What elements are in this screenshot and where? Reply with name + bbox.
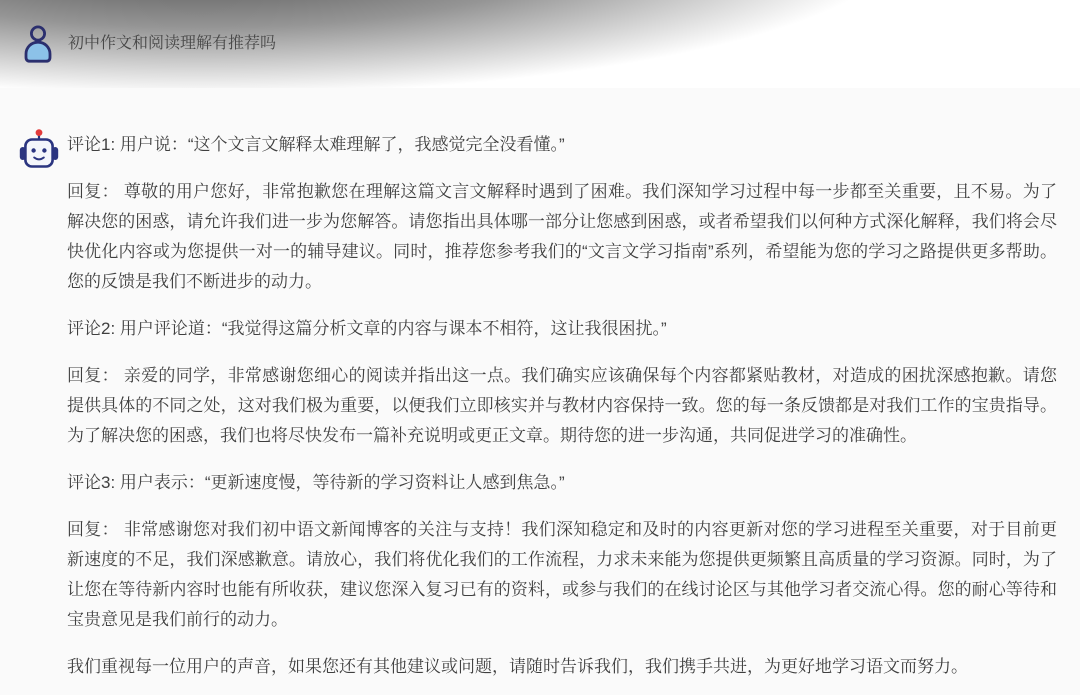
user-body-shape	[26, 42, 50, 61]
robot-antenna-dot	[36, 129, 43, 136]
robot-head	[25, 140, 52, 167]
user-avatar-icon	[24, 25, 52, 63]
assistant-message-content: 评论1: 用户说：“这个文言文解释太难理解了，我感觉完全没看懂。” 回复： 尊敬…	[0, 88, 1080, 682]
reply-2-text: 回复： 亲爱的同学，非常感谢您细心的阅读并指出这一点。我们确实应该确保每个内容都…	[67, 361, 1057, 451]
assistant-message-panel: 评论1: 用户说：“这个文言文解释太难理解了，我感觉完全没看懂。” 回复： 尊敬…	[0, 88, 1080, 695]
robot-left-eye	[31, 148, 35, 152]
comment-3-text: 评论3: 用户表示：“更新速度慢，等待新的学习资料让人感到焦急。”	[67, 468, 1057, 498]
user-message-inner: 初中作文和阅读理解有推荐吗	[0, 0, 1080, 88]
comment-1-text: 评论1: 用户说：“这个文言文解释太难理解了，我感觉完全没看懂。”	[67, 130, 1057, 160]
reply-3-text: 回复： 非常感谢您对我们初中语文新闻博客的关注与支持！我们深知稳定和及时的内容更…	[67, 515, 1057, 635]
user-message-text: 初中作文和阅读理解有推荐吗	[68, 33, 276, 55]
user-head-circle	[31, 27, 44, 40]
robot-avatar-icon	[19, 128, 59, 170]
user-message-row: 初中作文和阅读理解有推荐吗	[0, 0, 1080, 88]
comment-2-text: 评论2: 用户评论道：“我觉得这篇分析文章的内容与课本不相符，这让我很困扰。”	[67, 314, 1057, 344]
robot-right-eye	[42, 148, 46, 152]
reply-1-text: 回复： 尊敬的用户您好，非常抱歉您在理解这篇文言文解释时遇到了困难。我们深知学习…	[67, 177, 1057, 297]
closing-text: 我们重视每一位用户的声音，如果您还有其他建议或问题，请随时告诉我们，我们携手共进…	[67, 652, 1057, 682]
